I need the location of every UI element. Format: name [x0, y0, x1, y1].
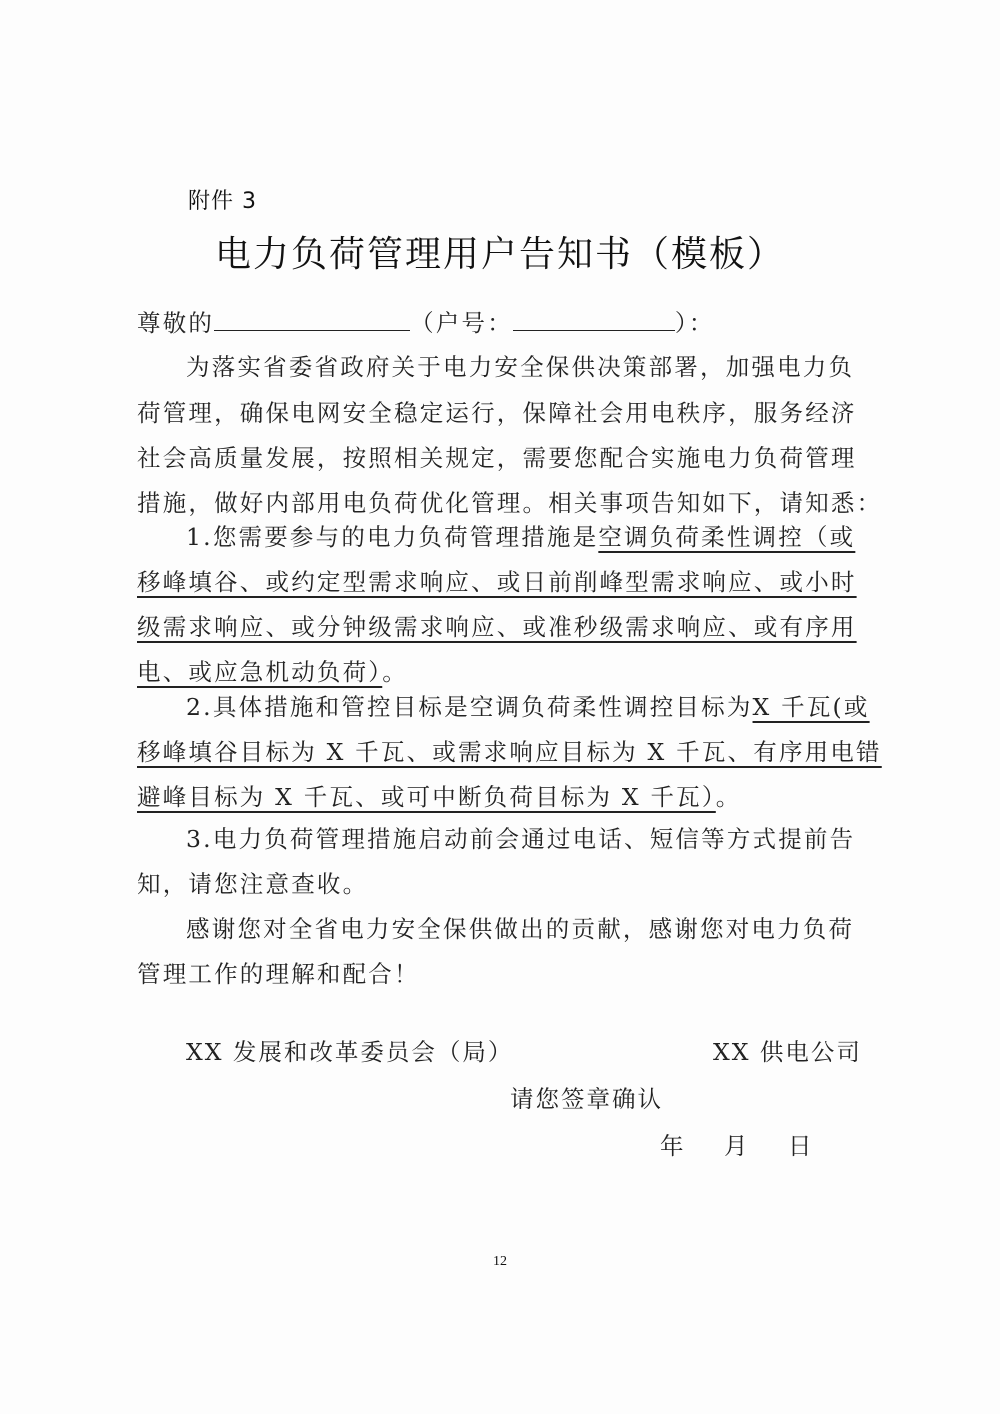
signature-right-org: XX 供电公司 [713, 1033, 862, 1067]
signature-date: 年月日 [660, 1127, 814, 1161]
item-1-line-2: 移峰填谷、或约定型需求响应、或日前削峰型需求响应、或小时 [137, 567, 869, 597]
date-month: 月 [724, 1127, 788, 1161]
item-1-line-4: 电、或应急机动负荷）。 [137, 657, 869, 687]
signature-confirm: 请您签章确认 [510, 1080, 663, 1114]
item-1-measure: 空调负荷柔性调控（或 [598, 523, 855, 551]
salutation-prefix: 尊敬的 [137, 309, 214, 337]
account-label: （户号： [410, 309, 513, 337]
closing-line-1: 感谢您对全省电力安全保供做出的贡献，感谢您对电力负荷 [137, 914, 918, 944]
period: 。 [382, 658, 408, 686]
item-3-line-1: 3.电力负荷管理措施启动前会通过电话、短信等方式提前告 [137, 824, 918, 854]
intro-line-3: 社会高质量发展，按照相关规定，需要您配合实施电力负荷管理 [137, 443, 869, 473]
page-number: 12 [0, 1254, 1000, 1270]
intro-line-2: 荷管理，确保电网安全稳定运行，保障社会用电秩序，服务经济 [137, 398, 869, 428]
item-1-measure-end: 电、或应急机动负荷） [137, 658, 382, 686]
item-1-measure-cont: 移峰填谷、或约定型需求响应、或日前削峰型需求响应、或小时 [137, 568, 857, 596]
item-1-text: 1.您需要参与的电力负荷管理措施是 [186, 523, 598, 551]
intro-line-1: 为落实省委省政府关于电力安全保供决策部署，加强电力负 [137, 352, 918, 382]
period: 。 [716, 783, 742, 811]
item-1-line-3: 级需求响应、或分钟级需求响应、或准秒级需求响应、或有序用 [137, 612, 869, 642]
attachment-label: 附件 3 [188, 184, 257, 215]
item-2-line-2: 移峰填谷目标为 X 千瓦、或需求响应目标为 X 千瓦、有序用电错 [137, 737, 869, 767]
date-day: 日 [788, 1127, 814, 1161]
item-1-measure-cont: 级需求响应、或分钟级需求响应、或准秒级需求响应、或有序用 [137, 613, 857, 641]
item-2-line-1: 2.具体措施和管控目标是空调负荷柔性调控目标为X 千瓦(或 [137, 692, 918, 722]
recipient-name-blank[interactable] [214, 308, 410, 331]
item-2-target: X 千瓦(或 [753, 693, 870, 721]
item-2-text: 2.具体措施和管控目标是空调负荷柔性调控目标为 [186, 693, 753, 721]
account-number-blank[interactable] [513, 308, 675, 331]
salutation-suffix: ）： [675, 309, 715, 337]
intro-line-4: 措施，做好内部用电负荷优化管理。相关事项告知如下，请知悉： [137, 488, 869, 518]
item-1-line-1: 1.您需要参与的电力负荷管理措施是空调负荷柔性调控（或 [137, 522, 918, 552]
item-3-line-2: 知，请您注意查收。 [137, 869, 869, 899]
item-2-line-3: 避峰目标为 X 千瓦、或可中断负荷目标为 X 千瓦）。 [137, 782, 869, 812]
document-title: 电力负荷管理用户告知书（模板） [0, 226, 1000, 277]
signature-left-org: XX 发展和改革委员会（局） [186, 1033, 513, 1067]
closing-line-2: 管理工作的理解和配合！ [137, 959, 869, 989]
date-year: 年 [660, 1127, 724, 1161]
item-2-target-end: 避峰目标为 X 千瓦、或可中断负荷目标为 X 千瓦） [137, 783, 716, 811]
document-page: 附件 3 电力负荷管理用户告知书（模板） 尊敬的（户号：）： 为落实省委省政府关… [0, 0, 1000, 1414]
item-2-target-cont: 移峰填谷目标为 X 千瓦、或需求响应目标为 X 千瓦、有序用电错 [137, 738, 882, 766]
salutation: 尊敬的（户号：）： [137, 308, 869, 338]
